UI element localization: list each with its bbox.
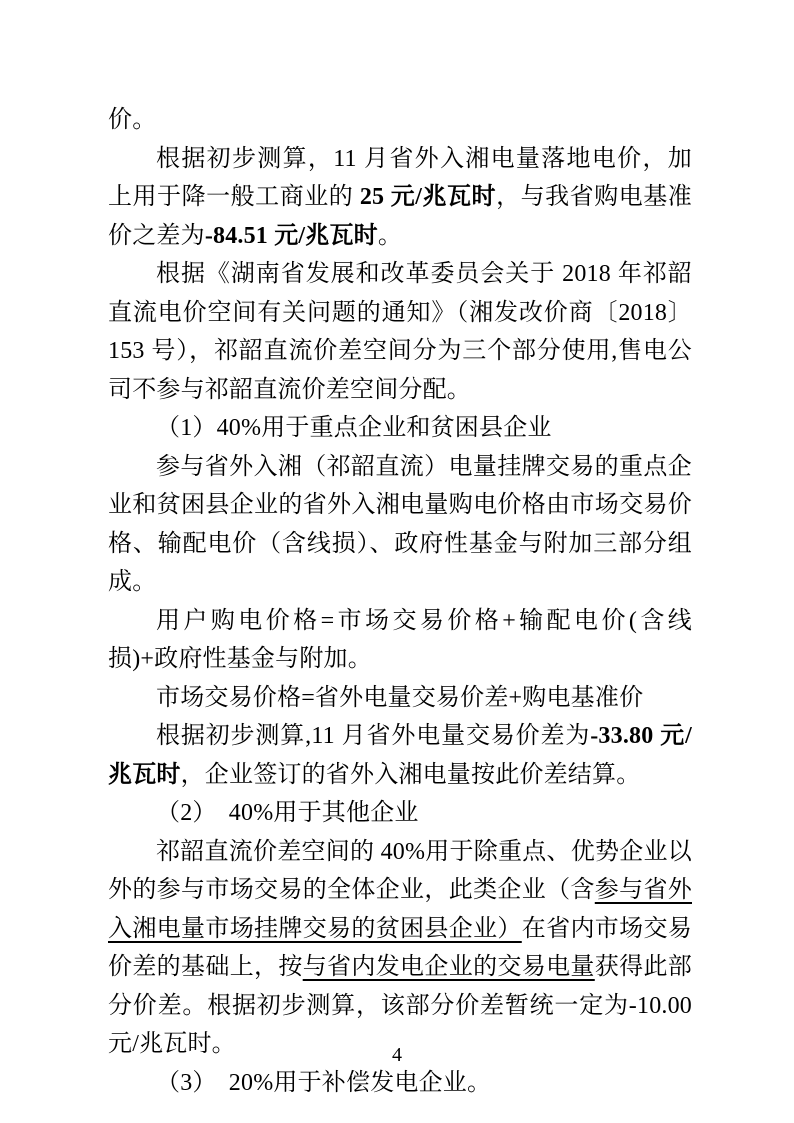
paragraph: （2） 40%用于其他企业 [108, 794, 692, 833]
paragraph: 市场交易价格=省外电量交易价差+购电基准价 [108, 679, 692, 718]
paragraph: 参与省外入湘（祁韶直流）电量挂牌交易的重点企业和贫困县企业的省外入湘电量购电价格… [108, 448, 692, 602]
document-body: 价。根据初步测算，11 月省外入湘电量落地电价，加上用于降一般工商业的 25 元… [108, 101, 692, 1102]
paragraph: 根据初步测算,11 月省外电量交易价差为-33.80 元/兆瓦时，企业签订的省外… [108, 717, 692, 794]
paragraph: 祁韶直流价差空间的 40%用于除重点、优势企业以外的参与市场交易的全体企业，此类… [108, 833, 692, 1064]
document-page: 价。根据初步测算，11 月省外入湘电量落地电价，加上用于降一般工商业的 25 元… [0, 0, 794, 1123]
text-segment: 。 [378, 223, 402, 249]
text-segment: 参与省外入湘（祁韶直流）电量挂牌交易的重点企业和贫困县企业的省外入湘电量购电价格… [108, 454, 692, 596]
text-segment: 用户购电价格=市场交易价格+输配电价(含线损)+政府性基金与附加。 [108, 608, 692, 673]
text-segment: 根据《湖南省发展和改革委员会关于 2018 年祁韶直流电价空间有关问题的通知》（… [108, 261, 692, 403]
text-segment: 25 元/兆瓦时 [360, 184, 496, 210]
page-footer: 4 [0, 1042, 794, 1068]
text-segment: （1）40%用于重点企业和贫困县企业 [156, 415, 552, 441]
paragraph: 用户购电价格=市场交易价格+输配电价(含线损)+政府性基金与附加。 [108, 602, 692, 679]
text-segment: -84.51 元/兆瓦时 [205, 223, 378, 249]
paragraph: 根据初步测算，11 月省外入湘电量落地电价，加上用于降一般工商业的 25 元/兆… [108, 140, 692, 256]
text-segment: 市场交易价格=省外电量交易价差+购电基准价 [156, 685, 643, 711]
paragraph: 价。 [108, 101, 692, 140]
text-segment: 根据初步测算,11 月省外电量交易价差为 [156, 723, 590, 749]
paragraph: 根据《湖南省发展和改革委员会关于 2018 年祁韶直流电价空间有关问题的通知》（… [108, 255, 692, 409]
text-segment: （3） 20%用于补偿发电企业。 [156, 1070, 491, 1096]
paragraph: （1）40%用于重点企业和贫困县企业 [108, 409, 692, 448]
page-number: 4 [392, 1044, 402, 1066]
paragraph: （3） 20%用于补偿发电企业。 [108, 1064, 692, 1103]
text-segment: 与省内发电企业的交易电量 [303, 954, 595, 980]
text-segment: ，企业签订的省外入湘电量按此价差结算。 [181, 762, 641, 788]
text-segment: 价。 [108, 107, 156, 133]
text-segment: （2） 40%用于其他企业 [156, 800, 419, 826]
